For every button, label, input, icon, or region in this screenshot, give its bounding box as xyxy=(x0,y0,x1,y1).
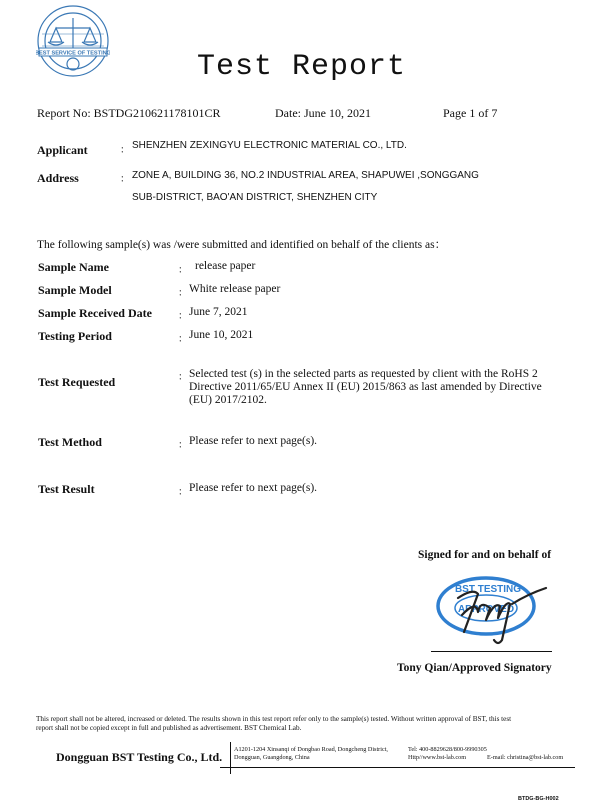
signed-on-behalf-heading: Signed for and on behalf of xyxy=(418,549,551,561)
sample-name-value: release paper xyxy=(195,260,255,272)
sample-received-date-label: Sample Received Date xyxy=(38,306,152,321)
footer-email-link[interactable]: E-mail: christina@bst-lab.com xyxy=(487,754,563,761)
address-colon: ： xyxy=(120,170,130,185)
test-requested-line-1: Selected test (s) in the selected parts … xyxy=(189,368,557,381)
footer-website-link[interactable]: Http//www.bst-lab.com xyxy=(408,754,487,762)
testing-period-value: June 10, 2021 xyxy=(189,329,253,341)
test-requested-value: Selected test (s) in the selected parts … xyxy=(189,368,557,407)
report-date: Date: June 10, 2021 xyxy=(275,106,371,121)
test-method-label: Test Method xyxy=(38,435,102,450)
disclaimer-line-2: report shall not be copied except in ful… xyxy=(36,724,561,733)
approval-stamp: BST TESTING APPROVED xyxy=(428,570,553,648)
applicant-label: Applicant xyxy=(37,143,88,158)
sample-model-colon: ： xyxy=(178,284,188,299)
footer-contact: Tel: 400-8829628/800-9990305 Http//www.b… xyxy=(408,746,487,762)
test-requested-line-2: Directive 2011/65/EU Annex II (EU) 2015/… xyxy=(189,381,557,394)
test-result-value: Please refer to next page(s). xyxy=(189,482,317,494)
report-number: Report No: BSTDG210621178101CR xyxy=(37,106,221,121)
sample-name-label: Sample Name xyxy=(38,260,109,275)
signature-line xyxy=(431,651,552,652)
footer-disclaimer: This report shall not be altered, increa… xyxy=(36,715,561,733)
page-number: Page 1 of 7 xyxy=(443,106,497,121)
footer-divider-vertical xyxy=(230,742,231,774)
applicant-colon: ： xyxy=(120,141,130,156)
page-title: Test Report xyxy=(0,50,589,84)
testing-period-label: Testing Period xyxy=(38,329,112,344)
test-method-colon: ： xyxy=(178,436,188,451)
signatory-name: Tony Qian/Approved Signatory xyxy=(397,662,552,674)
document-code: BTDG-BG-H002 xyxy=(518,796,559,802)
address-label: Address xyxy=(37,171,79,186)
footer-address-line-2: Dongguan, Guangdong, China xyxy=(234,754,388,762)
footer-company-name: Dongguan BST Testing Co., Ltd. xyxy=(56,750,222,765)
footer-tel: Tel: 400-8829628/800-9990305 xyxy=(408,746,487,754)
sample-model-value: White release paper xyxy=(189,283,280,295)
test-requested-label: Test Requested xyxy=(38,375,115,390)
footer-divider-horizontal xyxy=(220,767,575,768)
footer-address: A1201-1204 Xinsanqi of Dongbao Road, Don… xyxy=(234,746,388,762)
testing-period-colon: ： xyxy=(178,330,188,345)
address-line-1: ZONE A, BUILDING 36, NO.2 INDUSTRIAL ARE… xyxy=(132,170,479,181)
sample-name-colon: ： xyxy=(178,261,188,276)
sample-received-date-colon: ： xyxy=(178,307,188,322)
disclaimer-line-1: This report shall not be altered, increa… xyxy=(36,715,561,724)
approved-stamp-icon: BST TESTING APPROVED xyxy=(428,570,553,648)
test-method-value: Please refer to next page(s). xyxy=(189,435,317,447)
intro-text: The following sample(s) was /were submit… xyxy=(37,236,446,252)
footer-address-line-1: A1201-1204 Xinsanqi of Dongbao Road, Don… xyxy=(234,746,388,754)
test-requested-line-3: (EU) 2017/2102. xyxy=(189,394,557,407)
sample-model-label: Sample Model xyxy=(38,283,112,298)
test-result-label: Test Result xyxy=(38,482,95,497)
test-result-colon: ： xyxy=(178,483,188,498)
applicant-value: SHENZHEN ZEXINGYU ELECTRONIC MATERIAL CO… xyxy=(132,140,407,151)
test-requested-colon: ： xyxy=(178,368,188,383)
sample-received-date-value: June 7, 2021 xyxy=(189,306,247,318)
address-line-2: SUB-DISTRICT, BAO'AN DISTRICT, SHENZHEN … xyxy=(132,192,377,203)
